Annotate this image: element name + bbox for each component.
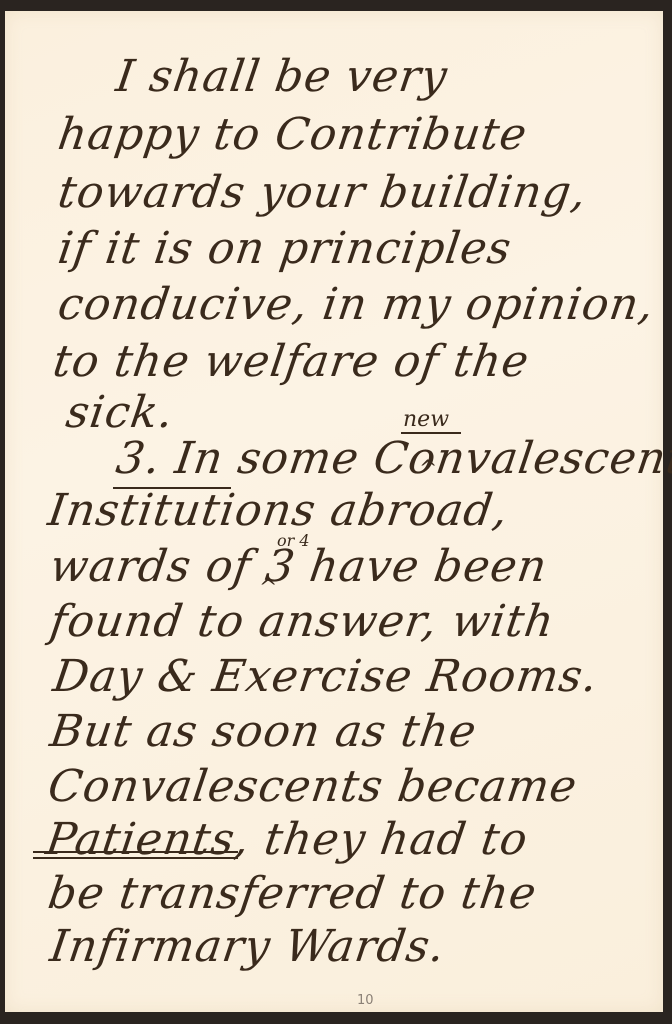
text-line: if it is on principles	[55, 223, 515, 274]
page-number: 10	[357, 993, 374, 1008]
text-line: happy to Contribute	[55, 109, 531, 160]
text-line: But as soon as the	[47, 706, 480, 757]
text-line: Day & Exercise Rooms.	[50, 651, 601, 702]
underline-patients-2	[33, 857, 238, 859]
letter-page: I shall be very happy to Contribute towa…	[5, 11, 663, 1012]
caret-mark: ^	[419, 457, 437, 482]
insertion-new: new	[403, 407, 449, 432]
text-line: Convalescents became	[45, 761, 581, 812]
text-line: towards your building,	[55, 167, 590, 218]
text-line: Infirmary Wards.	[47, 921, 449, 972]
text-line: be transferred to the	[45, 868, 540, 919]
text-line: sick.	[63, 387, 177, 438]
text-line: 3. In some Convalescent	[113, 433, 672, 484]
underline-patients	[33, 851, 238, 853]
text-line: found to answer, with	[47, 596, 558, 647]
text-line: to the welfare of the	[50, 336, 533, 387]
text-line: conducive, in my opinion,	[55, 279, 658, 330]
text-line: wards of 3 have been	[47, 541, 551, 592]
strike-mark	[113, 487, 231, 489]
text-line: Institutions abroad,	[45, 485, 512, 536]
text-line: I shall be very	[113, 51, 451, 102]
